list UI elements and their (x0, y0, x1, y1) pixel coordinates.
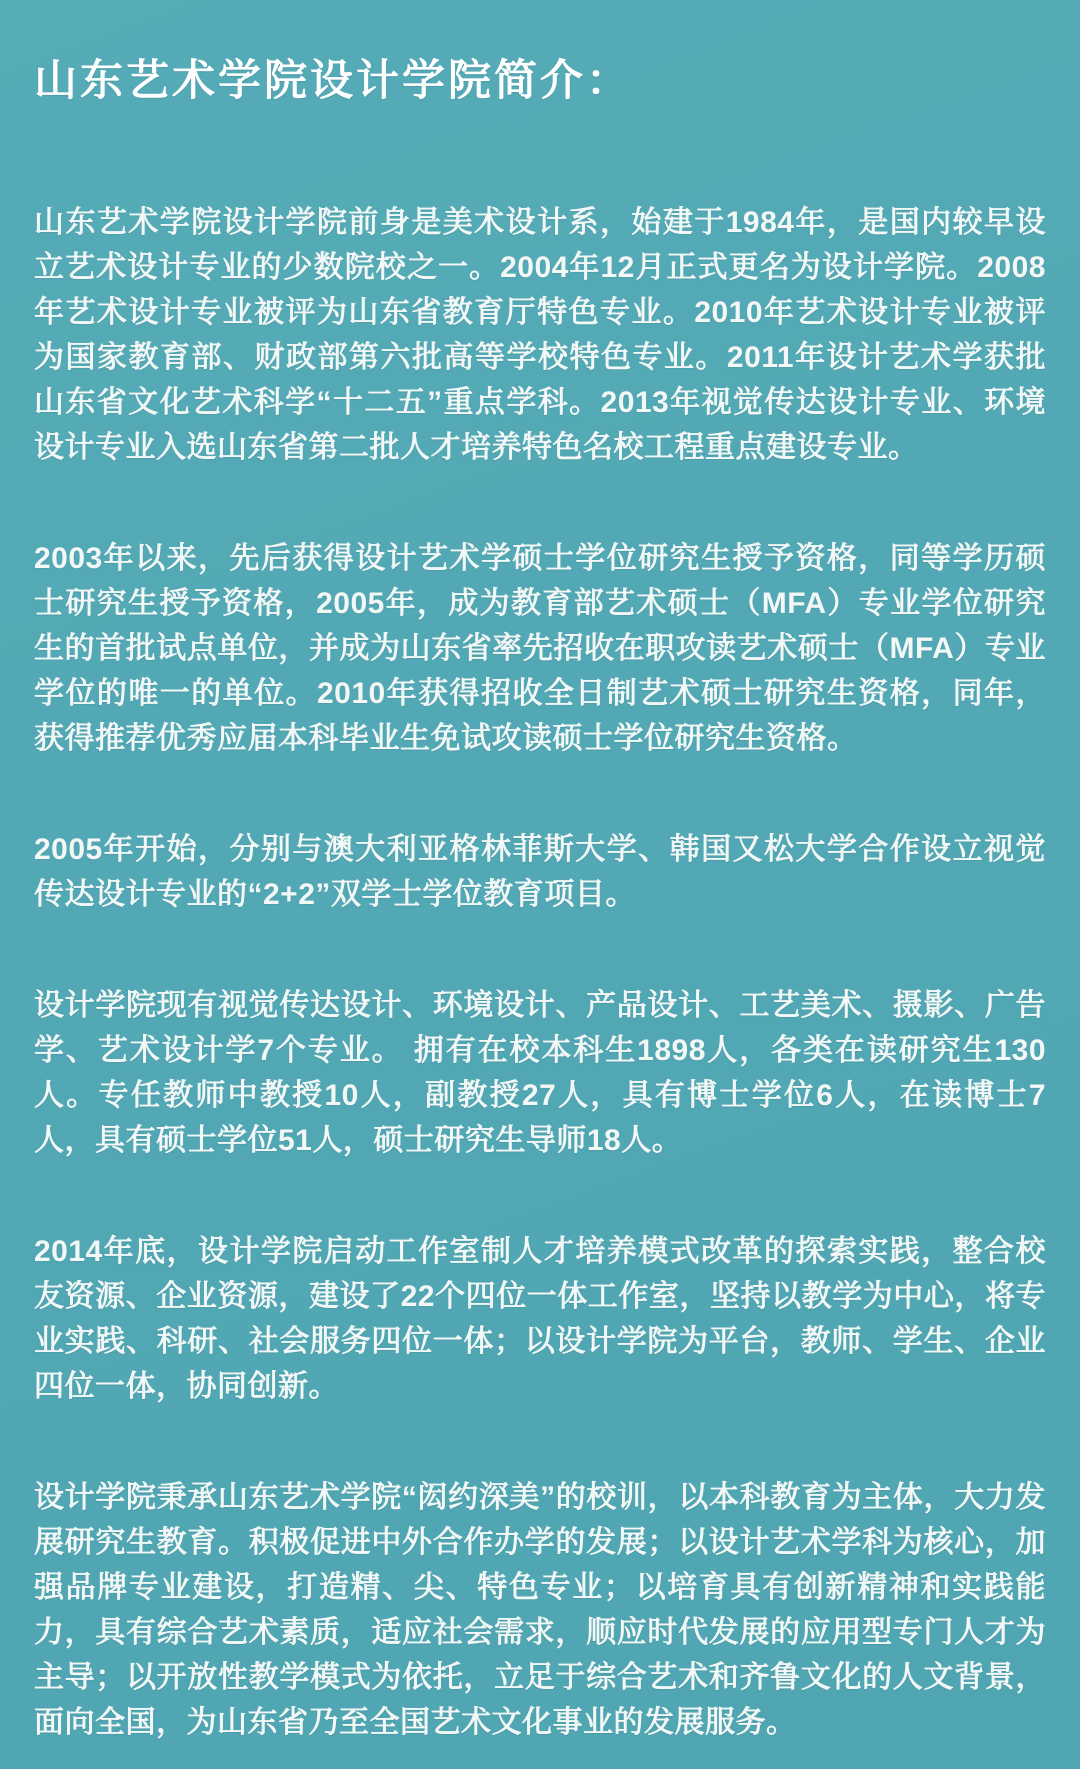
page-title: 山东艺术学院设计学院简介： (34, 0, 1046, 106)
article-page: 山东艺术学院设计学院简介： 山东艺术学院设计学院前身是美术设计系，始建于1984… (0, 0, 1080, 1769)
paragraph-mission: 设计学院秉承山东艺术学院“闳约深美”的校训，以本科教育为主体，大力发展研究生教育… (34, 1475, 1046, 1745)
paragraph-studio-reform: 2014年底，设计学院启动工作室制人才培养模式改革的探索实践，整合校友资源、企业… (34, 1229, 1046, 1409)
paragraph-international-cooperation: 2005年开始，分别与澳大利亚格林菲斯大学、韩国又松大学合作设立视觉传达设计专业… (34, 827, 1046, 917)
article-body: 山东艺术学院设计学院前身是美术设计系，始建于1984年，是国内较早设立艺术设计专… (34, 106, 1046, 1745)
paragraph-graduate-programs: 2003年以来，先后获得设计艺术学硕士学位研究生授予资格，同等学历硕士研究生授予… (34, 536, 1046, 761)
paragraph-history: 山东艺术学院设计学院前身是美术设计系，始建于1984年，是国内较早设立艺术设计专… (34, 200, 1046, 470)
paragraph-majors-and-faculty: 设计学院现有视觉传达设计、环境设计、产品设计、工艺美术、摄影、广告学、艺术设计学… (34, 983, 1046, 1163)
